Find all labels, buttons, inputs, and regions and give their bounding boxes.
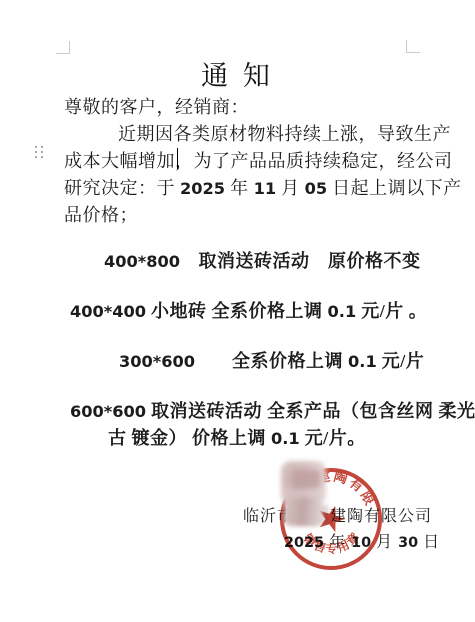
document-page: { "doc": { "title": "通 知", "lines": [ {"… [0,0,475,622]
text-segment: 月 [276,178,305,198]
document-title: 通 知 [0,54,475,93]
text-line: 成本大幅增加，为了产品品质持续稳定，经公司 [64,149,453,173]
text-segment: 元/片 [377,351,425,371]
text-segment: 600*600 [70,402,146,421]
text-segment: 0.1 [348,352,377,371]
text-line: 品价格； [64,203,138,227]
seal-bottom-text: 销售专用章 [301,528,363,556]
seal-star-icon [320,506,345,533]
text-line: 400*800 取消送砖活动 原价格不变 [104,249,421,274]
text-segment: 0.1 [271,429,300,448]
text-segment: 2025 [180,179,225,198]
text-segment: 成本大幅增加，为了产品品质持续稳定，经公司 [64,151,453,171]
text-segment: 尊敬的客户，经销商： [64,97,249,117]
text-segment: 取消送砖活动 原价格不变 [180,251,421,271]
text-segment: 元/片。 [300,428,366,448]
text-segment: 400*800 [104,252,180,271]
text-segment: 古 镀金） 价格上调 [108,428,271,448]
text-line: 近期因各类原材物料持续上涨，导致生产 [118,122,451,146]
text-cursor[interactable] [177,148,178,169]
text-line: 600*600 取消送砖活动 全系产品（包含丝网 柔光 仿 [70,399,475,424]
text-segment: 30 [398,535,418,551]
text-segment: 0.1 [328,302,357,321]
text-segment: 研究决定：于 [64,178,180,198]
text-line: 研究决定：于 2025 年 11 月 05 日起上调以下产 [64,176,462,201]
text-segment: 年 [225,178,254,198]
margin-corner-mark-top-left [56,41,70,54]
blur-patch [293,470,320,488]
text-segment: 元/片 。 [356,301,427,321]
paragraph-drag-handle-icon[interactable] [35,146,46,160]
margin-corner-mark-top-right [406,40,420,53]
blur-patch [284,497,322,526]
text-segment: 日起上调以下产 [327,178,462,198]
text-segment: 全系价格上调 [195,351,348,371]
text-segment: 品价格； [64,205,138,225]
text-segment: 小地砖 全系价格上调 [146,301,328,321]
text-line: 300*600 全系价格上调 0.1 元/片 [119,349,424,374]
text-segment: 取消送砖活动 全系产品（包含丝网 柔光 仿 [146,401,475,421]
text-segment: 近期因各类原材物料持续上涨，导致生产 [118,124,451,144]
text-line: 尊敬的客户，经销商： [64,95,249,119]
text-segment: 日 [418,534,440,551]
text-segment: 05 [305,179,328,198]
text-segment: 11 [254,179,277,198]
text-segment: 300*600 [119,352,195,371]
text-line: 400*400 小地砖 全系价格上调 0.1 元/片 。 [70,299,427,324]
text-line: 古 镀金） 价格上调 0.1 元/片。 [108,426,366,451]
text-segment: 400*400 [70,302,146,321]
